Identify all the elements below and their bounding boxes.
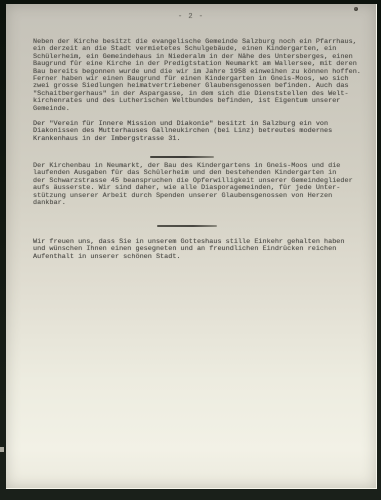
ink-dot-mark [354, 7, 358, 11]
section-divider-line [150, 156, 214, 158]
paragraph-donations-appeal: Der Kirchenbau in Neumarkt, der Bau des … [33, 163, 363, 207]
paragraph-farewell: Wir freuen uns, dass Sie in unserem Gott… [33, 239, 363, 261]
paragraph-church-properties: Neben der Kirche besitzt die evangelisch… [33, 39, 363, 113]
page-number: - 2 - [6, 13, 376, 21]
paragraph-mission-hospital: Der "Verein für Innere Mission und Diako… [33, 121, 363, 143]
section-divider-line [157, 225, 217, 227]
document-page: - 2 - Neben der Kirche besitzt die evang… [6, 4, 377, 489]
paper-edge-notch [0, 447, 4, 452]
